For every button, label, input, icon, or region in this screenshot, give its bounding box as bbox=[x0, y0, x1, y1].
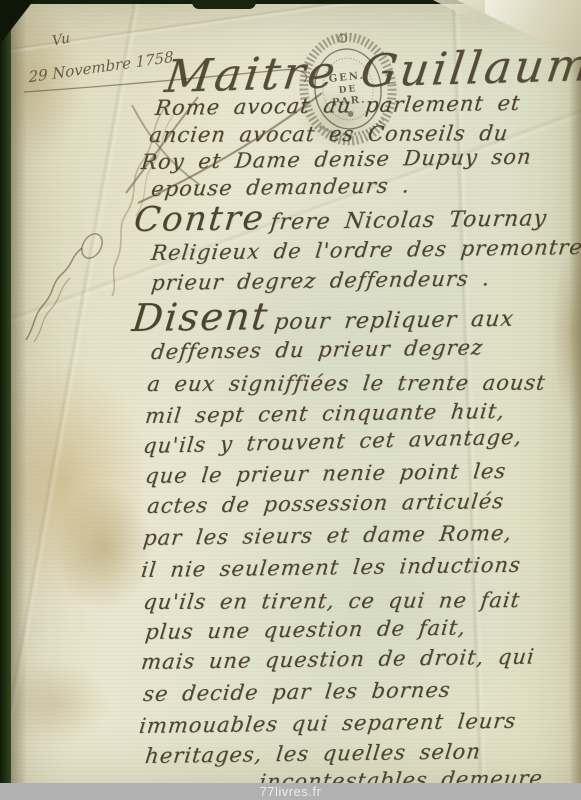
torn-edge-right bbox=[569, 0, 581, 800]
manuscript-line: deffenses du prieur degrez bbox=[150, 335, 485, 364]
manuscript-line: Rome avocat au parlement et bbox=[154, 91, 522, 120]
binding-edge-left bbox=[0, 0, 11, 800]
watermark-label: 77livres.fr bbox=[260, 784, 322, 799]
manuscript-line: se decide par les bornes bbox=[142, 678, 452, 706]
manuscript-line: qu'ils en tirent, ce qui ne fait bbox=[142, 588, 522, 614]
contre-rest: frere Nicolas Tournay bbox=[269, 206, 548, 235]
manuscript-line: heritages, les quelles selon bbox=[144, 739, 482, 768]
contre-heading-line: Contrefrere Nicolas Tournay bbox=[132, 194, 550, 240]
manuscript-scan: Vu 29 Novembre 1758 GEN. DE PAR. Maitre … bbox=[0, 0, 581, 800]
manuscript-line: que le prieur nenie point les bbox=[144, 459, 508, 488]
manuscript-line: prieur degrez deffendeurs . bbox=[150, 266, 491, 295]
contre-lead: Contre bbox=[132, 198, 267, 240]
manuscript-line: ancien avocat es Conseils du bbox=[148, 121, 510, 147]
disent-heading-line: Disentpour repliquer aux bbox=[130, 291, 517, 340]
manuscript-line: a eux signiffiées le trente aoust bbox=[146, 371, 547, 396]
paper-edge-shadow bbox=[11, 0, 27, 800]
binding-edge-notch bbox=[192, 0, 256, 9]
disent-lead: Disent bbox=[130, 294, 271, 340]
manuscript-line: actes de possession articulés bbox=[146, 489, 505, 518]
manuscript-line: mil sept cent cinquante huit, bbox=[144, 399, 506, 428]
manuscript-line: plus une question de fait, bbox=[144, 616, 467, 644]
disent-rest: pour repliquer aux bbox=[273, 307, 515, 335]
watermark-band: 77livres.fr bbox=[0, 783, 581, 800]
